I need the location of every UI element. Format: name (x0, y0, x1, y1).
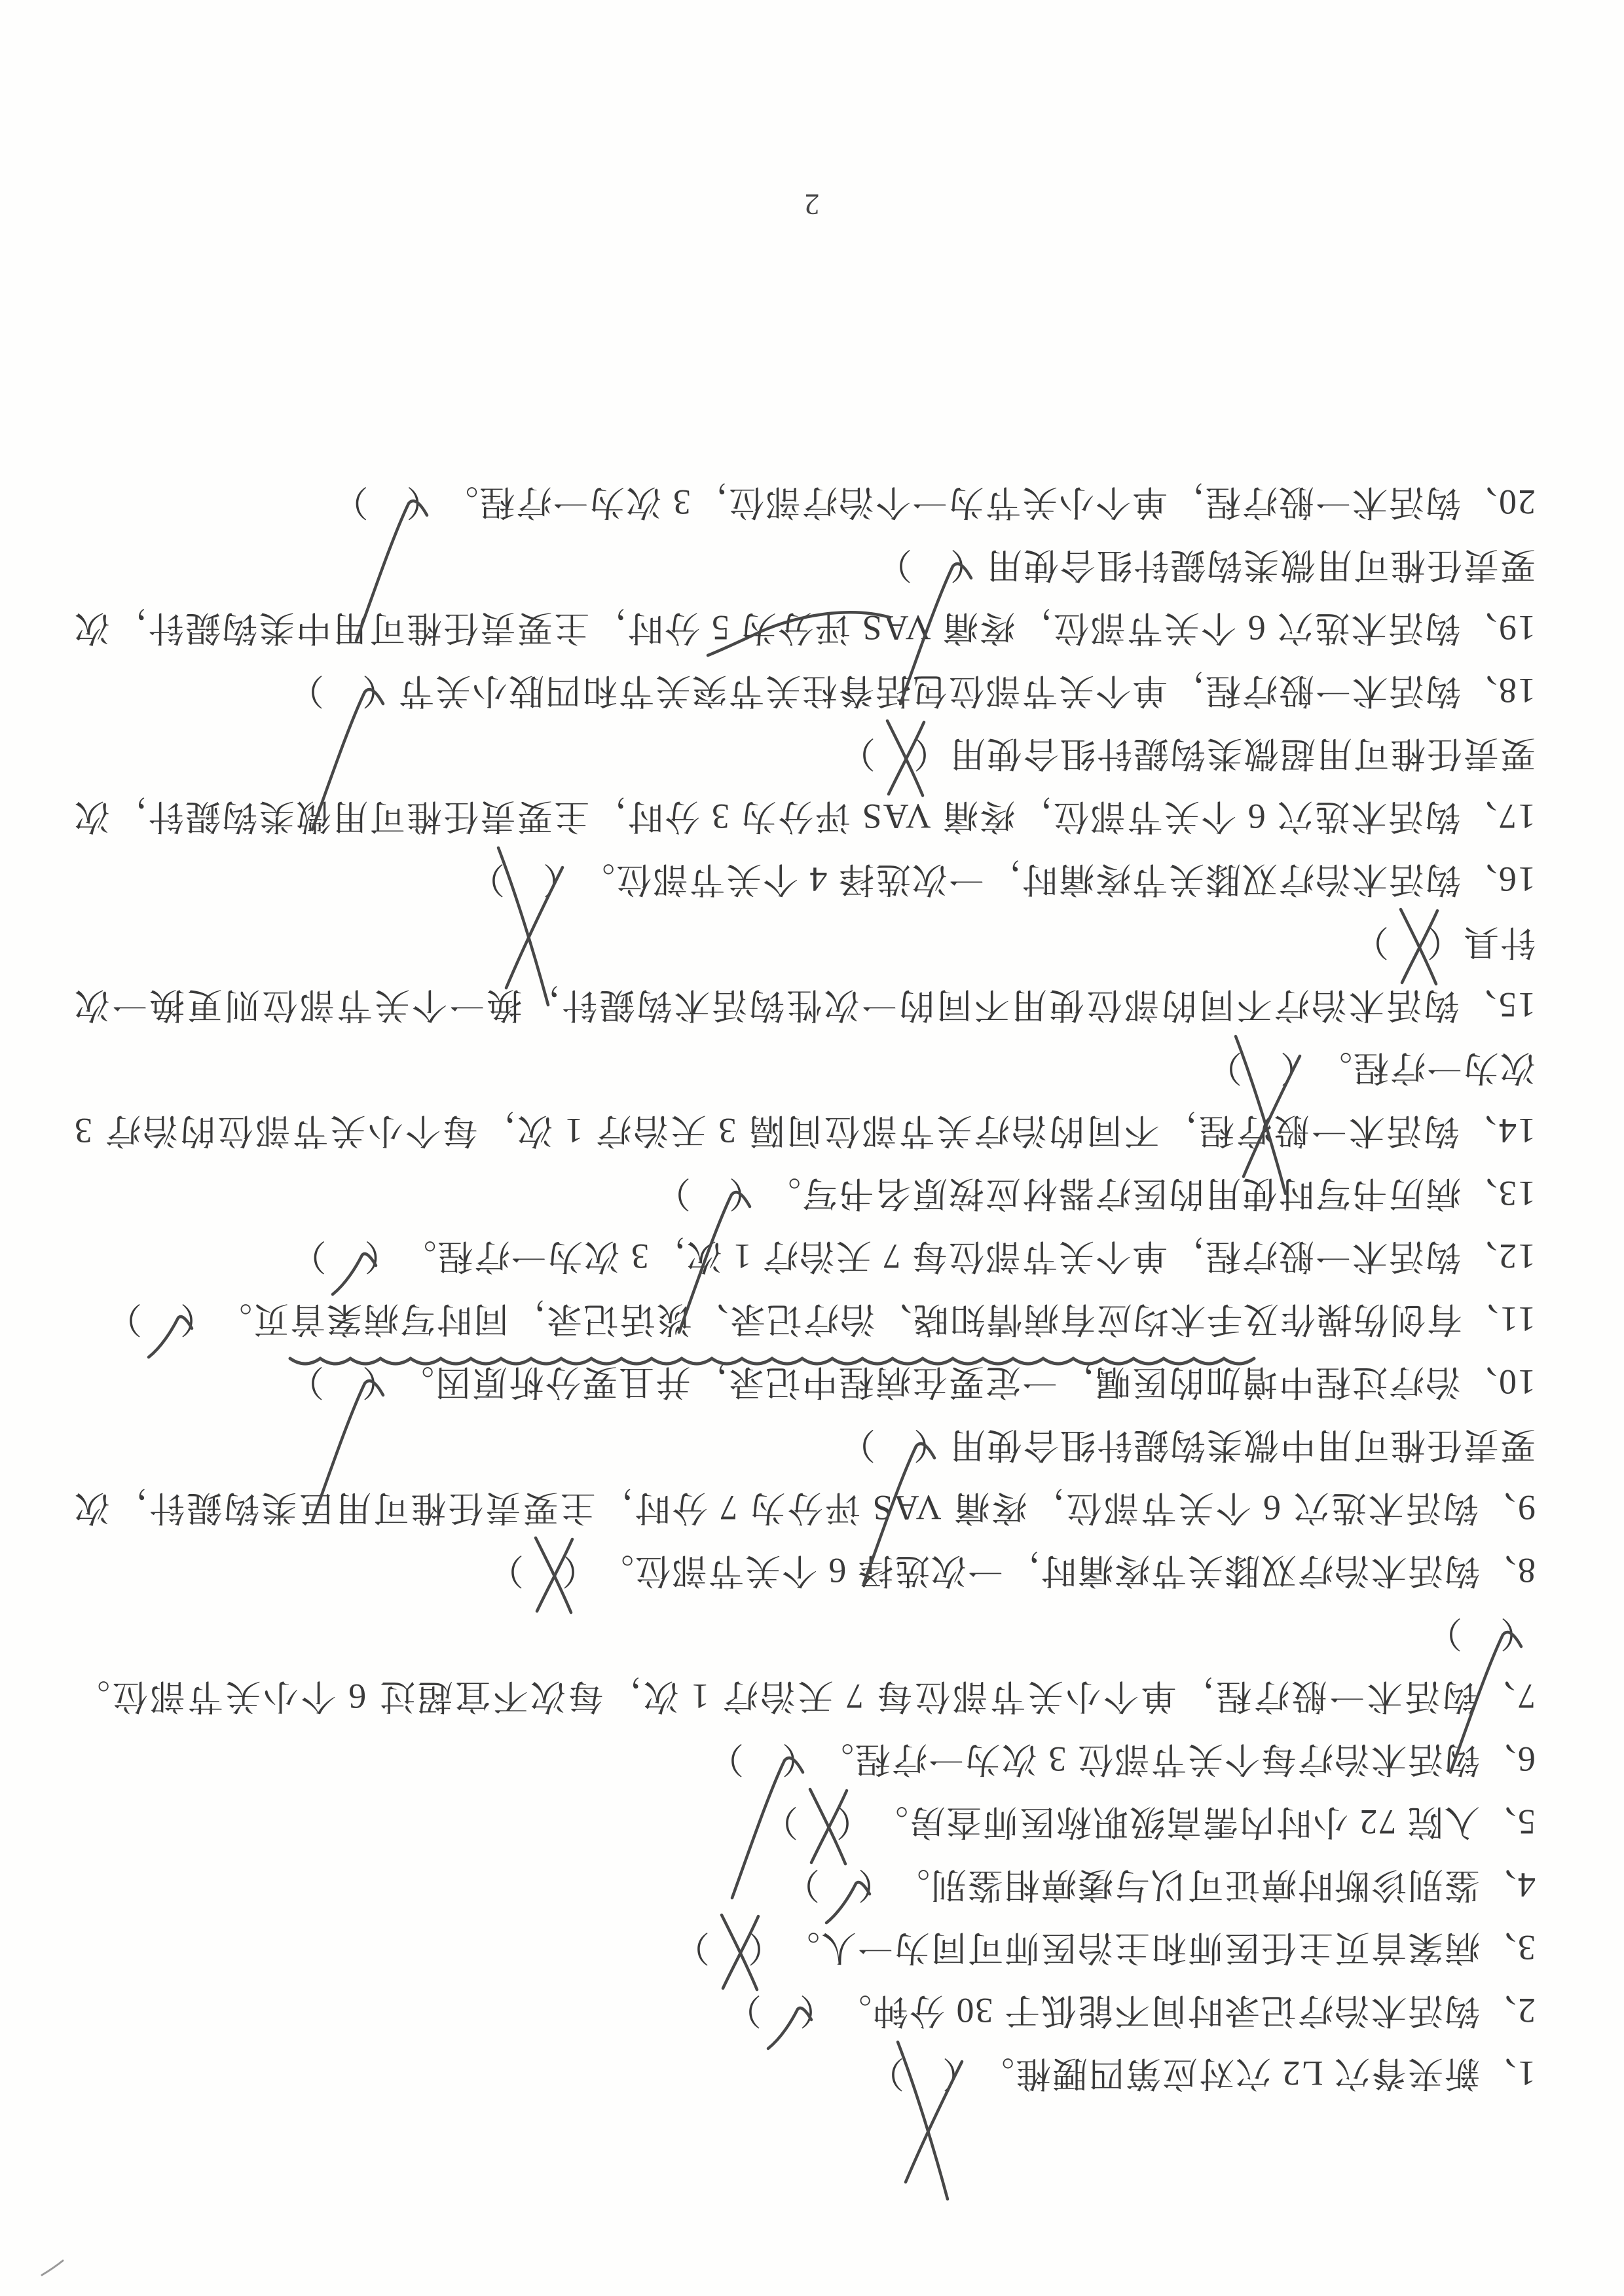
scanned-page: 1、新夹脊穴 L2 穴对应第四腰椎。（） 2、钩活术治疗记录时间不能低于 30 … (0, 0, 1624, 2296)
paren-open: （ (912, 1425, 949, 1465)
paren-open: （ (179, 1300, 215, 1339)
paren-open: （ (363, 1237, 400, 1276)
paren-close: ） (707, 1740, 744, 1779)
paren-close: ） (468, 860, 505, 899)
paren-open: （ (561, 1551, 597, 1590)
question-row-18: 18、钩活术一般疗程，单个关节部位包括脊柱关节突关节和四肢小关节（） (73, 659, 1536, 722)
paren-close: ） (487, 1551, 524, 1590)
question-row-15: 15、钩活术治疗不同的部位使用不同的一次性钩活术钩鍉针，换一个关节部位则更换一次… (73, 911, 1536, 1036)
question-text: 9、钩活术选穴 6 个关节部位，疼痛 VAS 评分为 7 分时，主要责任椎可用巨… (73, 1425, 1536, 1527)
paren-open: （ (1499, 1614, 1536, 1653)
paren-open: （ (361, 671, 397, 710)
question-text: 18、钩活术一般疗程，单个关节部位包括脊柱关节突关节和四肢小关节 (397, 671, 1536, 710)
paren-close: ） (725, 1991, 762, 2030)
question-text: 7、钩活术一般疗程，单个小关节部位每 7 天治疗 1 次，每次不宜超过 6 个小… (73, 1677, 1536, 1716)
question-text: 13、病历书写时使用的医疗器材应按原名书写。 (764, 1174, 1536, 1213)
paren-close: ） (783, 1865, 820, 1904)
question-text: 14、钩活术一般疗程，不同的治疗关节部位间隔 3 天治疗 1 次，每个小关节部位… (73, 1048, 1536, 1150)
question-text: 6、钩活术治疗每个关节部位 3 次为一疗程。 (817, 1740, 1536, 1779)
question-text: 8、钩活术治疗双膝关节疼痛时，一次选择 6 个关节部位。 (597, 1551, 1536, 1590)
answer-parens: （） (1206, 1036, 1316, 1099)
paren-close: ） (839, 1425, 876, 1465)
question-text: 12、钩活术一般疗程，单个关节部位每 7 天治疗 1 次，3 次为一疗程。 (400, 1237, 1536, 1276)
question-text: 2、钩活术治疗记录时间不能低于 30 分钟。 (835, 1991, 1536, 2030)
paren-close: ） (287, 1362, 324, 1402)
paren-open: （ (361, 1362, 397, 1402)
question-text: 15、钩活术治疗不同的部位使用不同的一次性钩活术钩鍉针，换一个关节部位则更换一次… (73, 922, 1536, 1025)
answer-parens: （） (1426, 1602, 1536, 1665)
question-text: 4、鉴别诊断时痹证可以与痿痹相鉴别。 (893, 1865, 1536, 1904)
paren-close: ） (762, 1802, 798, 1842)
paren-close: ） (105, 1300, 142, 1339)
answer-parens: （） (332, 471, 442, 534)
paren-open: （ (1426, 922, 1462, 962)
paren-close: ） (1426, 1614, 1462, 1653)
paren-open: （ (835, 1802, 872, 1842)
paren-close: ） (290, 1237, 327, 1276)
question-row-1: 1、新夹脊穴 L2 穴对应第四腰椎。（） (73, 2042, 1536, 2105)
answer-parens: （） (105, 1288, 215, 1351)
question-text: 11、有创伤操作及手术均应有病情知晓、治疗记录、谈话记录，同时写病案首页。 (215, 1300, 1536, 1339)
paren-close: ） (332, 483, 369, 522)
paren-open: （ (912, 734, 949, 773)
paren-open: （ (949, 545, 986, 585)
question-row-5: 5、入院 72 小时内需高级职称医师查房。（） (73, 1791, 1536, 1853)
question-text: 16、钩活术治疗双膝关节疼痛时，一次选择 4 个关节部位。 (578, 860, 1536, 899)
question-row-13: 13、病历书写时使用的医疗器材应按原名书写。（） (73, 1162, 1536, 1225)
question-row-8: 8、钩活术治疗双膝关节疼痛时，一次选择 6 个关节部位。（） (73, 1539, 1536, 1602)
question-row-9: 9、钩活术选穴 6 个关节部位，疼痛 VAS 评分为 7 分时，主要责任椎可用巨… (73, 1413, 1536, 1539)
paren-close: ） (868, 2054, 904, 2093)
answer-parens: （） (725, 1979, 835, 2042)
answer-parens: （） (287, 659, 397, 722)
question-text: 3、病案首页主任医师和主治医师可同为一人。 (783, 1928, 1536, 1967)
answer-parens: （） (1352, 911, 1462, 974)
answer-parens: （） (839, 722, 949, 785)
question-row-6: 6、钩活术治疗每个关节部位 3 次为一疗程。（） (73, 1728, 1536, 1791)
paren-open: （ (798, 1991, 835, 2030)
answer-parens: （） (876, 534, 986, 596)
paren-open: （ (857, 1865, 893, 1904)
answer-parens: （） (762, 1791, 872, 1853)
question-list: 1、新夹脊穴 L2 穴对应第四腰椎。（） 2、钩活术治疗记录时间不能低于 30 … (73, 471, 1536, 2105)
paren-open: （ (728, 1174, 764, 1213)
answer-parens: （） (839, 1413, 949, 1476)
paren-close: ） (839, 734, 876, 773)
answer-parens: （） (673, 1916, 783, 1979)
answer-parens: （） (654, 1162, 764, 1225)
question-text: 19、钩活术选穴 6 个关节部位，疼痛 VAS 评分为 5 分时，主要责任椎可用… (73, 545, 1536, 647)
paren-open: （ (1279, 1048, 1316, 1087)
paren-close: ） (1352, 922, 1389, 962)
paren-open: （ (781, 1740, 817, 1779)
question-row-19: 19、钩活术选穴 6 个关节部位，疼痛 VAS 评分为 5 分时，主要责任椎可用… (73, 534, 1536, 659)
question-row-17: 17、钩活术选穴 6 个关节部位，疼痛 VAS 评分为 3 分时，主要责任椎可用… (73, 722, 1536, 848)
answer-parens: （） (707, 1728, 817, 1791)
exam-sheet-rotated-180: 1、新夹脊穴 L2 穴对应第四腰椎。（） 2、钩活术治疗记录时间不能低于 30 … (0, 0, 1624, 2296)
question-text: 17、钩活术选穴 6 个关节部位，疼痛 VAS 评分为 3 分时，主要责任椎可用… (73, 734, 1536, 836)
paren-close: ） (1206, 1048, 1242, 1087)
answer-parens: （） (290, 1225, 400, 1288)
question-text: 20、钩活术一般疗程，单个小关节为一个治疗部位，3 次为一疗程。 (442, 483, 1536, 522)
question-row-7: 7、钩活术一般疗程，单个小关节部位每 7 天治疗 1 次，每次不宜超过 6 个小… (73, 1602, 1536, 1728)
paren-open: （ (747, 1928, 783, 1967)
question-row-20: 20、钩活术一般疗程，单个小关节为一个治疗部位，3 次为一疗程。（） (73, 471, 1536, 534)
question-row-11: 11、有创伤操作及手术均应有病情知晓、治疗记录、谈话记录，同时写病案首页。（） (73, 1288, 1536, 1351)
answer-parens: （） (487, 1539, 597, 1602)
answer-parens: （） (868, 2042, 978, 2105)
answer-parens: （） (783, 1853, 893, 1916)
stray-pen-mark (39, 2257, 65, 2276)
answer-parens: （） (287, 1351, 397, 1413)
paren-open: （ (542, 860, 578, 899)
question-row-16: 16、钩活术治疗双膝关节疼痛时，一次选择 4 个关节部位。（） (73, 848, 1536, 911)
paren-open: （ (941, 2054, 978, 2093)
paren-close: ） (287, 671, 324, 710)
page-number: 2 (0, 187, 1624, 222)
paren-open: （ (405, 483, 442, 522)
question-text: 1、新夹脊穴 L2 穴对应第四腰椎。 (978, 2054, 1536, 2093)
question-text: 10、治疗过程中增加的医嘱，一定要在病程中记录，并且要分析原因。 (397, 1362, 1536, 1402)
question-row-4: 4、鉴别诊断时痹证可以与痿痹相鉴别。（） (73, 1853, 1536, 1916)
question-row-14: 14、钩活术一般疗程，不同的治疗关节部位间隔 3 天治疗 1 次，每个小关节部位… (73, 1036, 1536, 1162)
question-text: 5、入院 72 小时内需高级职称医师查房。 (872, 1802, 1536, 1842)
answer-parens: （） (468, 848, 578, 911)
question-row-12: 12、钩活术一般疗程，单个关节部位每 7 天治疗 1 次，3 次为一疗程。（） (73, 1225, 1536, 1288)
question-row-3: 3、病案首页主任医师和主治医师可同为一人。（） (73, 1916, 1536, 1979)
paren-close: ） (654, 1174, 691, 1213)
paren-close: ） (876, 545, 912, 585)
paren-close: ） (673, 1928, 710, 1967)
question-row-10: 10、治疗过程中增加的医嘱，一定要在病程中记录，并且要分析原因。（） (73, 1351, 1536, 1413)
question-row-2: 2、钩活术治疗记录时间不能低于 30 分钟。（） (73, 1979, 1536, 2042)
